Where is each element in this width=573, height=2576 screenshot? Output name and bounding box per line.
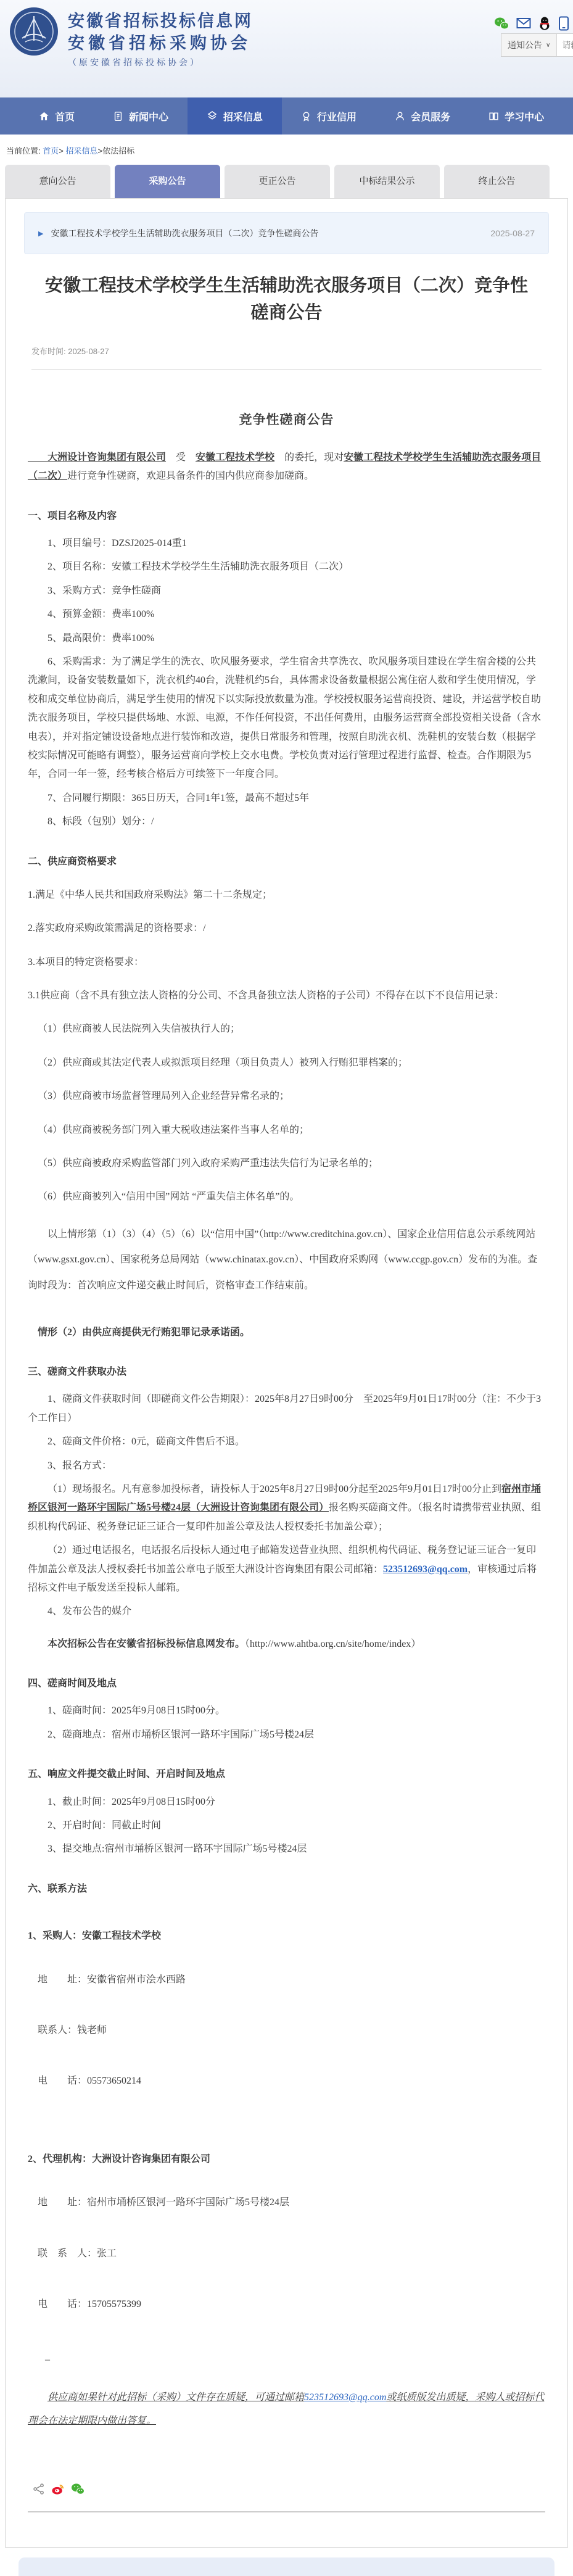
news-icon xyxy=(113,111,123,122)
site-title: 安徽省招标投标信息网 安徽省招标采购协会 （原安徽省招标投标协会） xyxy=(68,10,253,68)
tab-result-notice[interactable]: 中标结果公示 xyxy=(334,165,440,198)
notice-list-title: 安徽工程技术学校学生生活辅助洗衣服务项目（二次）竞争性磋商公告 xyxy=(51,227,490,239)
s1-item: 6、采购需求：为了满足学生的洗衣、吹风服务要求，学生宿舍共享洗衣、吹风服务项目建… xyxy=(28,653,545,784)
s1-item: 3、采购方式：竞争性磋商 xyxy=(28,582,545,600)
s3-registration-phone: （2）通过电话报名，电话报名后投标人通过电子邮箱发送营业执照、组织机构代码证、税… xyxy=(28,1541,545,1597)
wechat-icon[interactable] xyxy=(71,2483,85,2495)
notice-list-item[interactable]: ▶ 安徽工程技术学校学生生活辅助洗衣服务项目（二次）竞争性磋商公告 2025-0… xyxy=(24,212,549,254)
s1-item: 8、标段（包别）划分：/ xyxy=(28,813,545,831)
credit-icon xyxy=(301,111,311,122)
footer-band xyxy=(19,2557,554,2576)
s3-item: 3、报名方式： xyxy=(28,1457,545,1475)
breadcrumb-current: 依法招标 xyxy=(102,146,134,155)
intro-text: 受 xyxy=(166,452,196,463)
s2-para: （3）供应商被市场监督管理局列入企业经营异常名录的； xyxy=(28,1087,545,1106)
share-icon[interactable] xyxy=(33,2483,45,2495)
footnote-text: 供应商如果针对此招标（采购）文件存在质疑，可通过邮箱 xyxy=(47,2392,304,2403)
breadcrumb-home-link[interactable]: 首页 xyxy=(43,146,59,155)
intro-paragraph: 大洲设计咨询集团有限公司 受 安徽工程技术学校 的委托，现对安徽工程技术学校学生… xyxy=(28,449,545,486)
association-logo-icon xyxy=(9,6,59,57)
triangle-bullet-icon: ▶ xyxy=(38,230,43,238)
agency-email-link[interactable]: 523512693@qq.com xyxy=(383,1564,468,1575)
content-card: ▶ 安徽工程技术学校学生生活辅助洗衣服务项目（二次）竞争性磋商公告 2025-0… xyxy=(5,198,568,2548)
search-input[interactable] xyxy=(557,34,573,56)
s2-para: 3.本项目的特定资格要求： xyxy=(28,953,545,972)
bidding-icon xyxy=(207,110,218,122)
home-icon xyxy=(39,111,49,122)
s1-item: 2、项目名称：安徽工程技术学校学生生活辅助洗衣服务项目（二次） xyxy=(28,558,545,576)
publish-time: 发布时间: 2025-08-27 xyxy=(31,345,567,357)
nav-label: 新闻中心 xyxy=(129,109,168,123)
nav-item-credit[interactable]: 行业信用 xyxy=(282,97,376,135)
notice-tabs: 意向公告 采购公告 更正公告 中标结果公示 终止公告 xyxy=(0,165,573,198)
section-1-heading: 一、项目名称及内容 xyxy=(28,507,545,526)
tab-correction-notice[interactable]: 更正公告 xyxy=(225,165,330,198)
s2-para: （1）供应商被人民法院列入失信被执行人的； xyxy=(28,1020,545,1038)
section-6-heading: 六、联系方法 xyxy=(28,1880,545,1899)
s3-registration-onsite: （1）现场报名。凡有意参加投标者，请投标人于2025年8月27日9时00分起至2… xyxy=(28,1480,545,1536)
nav-label: 首页 xyxy=(55,109,75,123)
s3-media: 本次招标公告在安徽省招标投标信息网发布。（http://www.ahtba.or… xyxy=(28,1635,545,1654)
section-5-heading: 五、响应文件提交截止时间、开启时间及地点 xyxy=(28,1765,545,1784)
agent-phone: 电 话：15705575399 xyxy=(28,2295,545,2314)
s3-text: （1）现场报名。凡有意参加投标者，请投标人于2025年8月27日9时00分起至2… xyxy=(47,1484,501,1494)
s2-para: （6）供应商被列入“信用中国”网站 “严重失信主体名单”的。 xyxy=(28,1188,545,1206)
s2-para: 以上情形第（1）（3）（4）（5）（6）以“信用中国”（http://www.c… xyxy=(28,1222,545,1299)
buyer-contact: 联系人：钱老师 xyxy=(28,2021,545,2040)
org-name: 安徽省招标采购协会 xyxy=(68,32,253,54)
agent-address: 地 址：宿州市埇桥区银河一路环宇国际广场5号楼24层 xyxy=(28,2193,545,2212)
s2-para: （2）供应商或其法定代表人或拟派项目经理（项目负责人）被列入行贿犯罪档案的； xyxy=(28,1054,545,1072)
intro-text: 进行竞争性磋商，欢迎具备条件的国内供应商参加磋商。 xyxy=(67,471,314,481)
section-4-heading: 四、磋商时间及地点 xyxy=(28,1675,545,1693)
s1-item: 1、项目编号：DZSJ2025-014重1 xyxy=(28,534,545,553)
org-former-name: （原安徽省招标投标协会） xyxy=(68,56,253,68)
buyer-phone: 电 话：05573650214 xyxy=(28,2072,545,2090)
tab-procurement-notice[interactable]: 采购公告 xyxy=(115,165,220,198)
share-toolbar xyxy=(33,2483,545,2495)
breadcrumb: 当前位置: 首页> 招采信息>依法招标 xyxy=(0,135,573,165)
buyer-name: 安徽工程技术学校 xyxy=(196,452,274,463)
notice-list-date: 2025-08-27 xyxy=(490,228,535,238)
mail-icon[interactable] xyxy=(516,17,531,30)
s2-para: 1.满足《中华人民共和国政府采购法》第二十二条规定； xyxy=(28,886,545,905)
document-heading: 竞争性磋商公告 xyxy=(28,408,545,433)
s2-note: 情形（2）由供应商提供无行贿犯罪记录承诺函。 xyxy=(28,1323,545,1342)
nav-item-bidding[interactable]: 招采信息 xyxy=(188,97,282,135)
wechat-icon[interactable] xyxy=(494,17,509,30)
s2-para: （5）供应商被政府采购监管部门列入政府采购严重违法失信行为记录名单的； xyxy=(28,1154,545,1173)
s1-item: 4、预算金额：费率100% xyxy=(28,605,545,624)
agency-name: 大洲设计咨询集团有限公司 xyxy=(47,452,166,463)
s2-para: 2.落实政府采购政策需满足的资格要求：/ xyxy=(28,919,545,938)
s1-item: 7、合同履行期限：365日历天，合同1年1签，最高不超过5年 xyxy=(28,789,545,808)
site-name: 安徽省招标投标信息网 xyxy=(68,10,253,32)
search-bar: 通知公告 ∨ xyxy=(501,33,573,57)
dash-mark: – xyxy=(45,2351,545,2369)
breadcrumb-sep: > xyxy=(98,146,103,155)
breadcrumb-label: 当前位置: xyxy=(6,146,41,155)
section-3-heading: 三、磋商文件获取办法 xyxy=(28,1363,545,1381)
s3-item: 2、磋商文件价格：0元，磋商文件售后不退。 xyxy=(28,1433,545,1451)
nav-label: 行业信用 xyxy=(317,109,357,123)
weibo-icon[interactable] xyxy=(51,2483,65,2495)
footnote-email-link[interactable]: 523512693@qq.com xyxy=(304,2392,386,2403)
section-2-body: 1.满足《中华人民共和国政府采购法》第二十二条规定； 2.落实政府采购政策需满足… xyxy=(28,886,545,1342)
s1-item: 5、最高限价：费率100% xyxy=(28,629,545,648)
intro-text: 的委托，现对 xyxy=(274,452,344,463)
s3-media-url: （http://www.ahtba.org.cn/site/home/index… xyxy=(245,1639,421,1649)
breadcrumb-sep: > xyxy=(59,146,64,155)
mobile-icon[interactable] xyxy=(558,16,569,31)
divider xyxy=(28,2511,545,2512)
nav-item-news[interactable]: 新闻中心 xyxy=(94,97,188,135)
member-icon xyxy=(395,111,405,122)
objection-footnote: 供应商如果针对此招标（采购）文件存在质疑，可通过邮箱523512693@qq.c… xyxy=(28,2386,545,2433)
s4-item: 1、磋商时间：2025年9月08日15时00分。 xyxy=(28,1702,545,1720)
section-2-heading: 二、供应商资格要求 xyxy=(28,853,545,871)
buyer-title: 1、采购人：安徽工程技术学校 xyxy=(28,1927,545,1945)
agent-title: 2、代理机构：大洲设计咨询集团有限公司 xyxy=(28,2150,545,2169)
tab-intention-notice[interactable]: 意向公告 xyxy=(5,165,110,198)
search-category-label: 通知公告 xyxy=(508,39,542,51)
s2-para: （4）供应商被税务部门列入重大税收违法案件当事人名单的； xyxy=(28,1121,545,1140)
nav-item-home[interactable]: 首页 xyxy=(20,97,94,135)
s4-item: 2、磋商地点：宿州市埇桥区银河一路环宇国际广场5号楼24层 xyxy=(28,1726,545,1744)
site-logo xyxy=(9,6,59,60)
nav-item-member[interactable]: 会员服务 xyxy=(376,97,469,135)
nav-label: 会员服务 xyxy=(411,109,450,123)
breadcrumb-section-link[interactable]: 招采信息 xyxy=(65,146,97,155)
chevron-down-icon: ∨ xyxy=(546,42,550,49)
quick-links xyxy=(494,16,569,31)
s5-item: 2、开启时间：同截止时间 xyxy=(28,1816,545,1835)
search-category-select[interactable]: 通知公告 ∨ xyxy=(501,34,557,56)
contact-info: 1、采购人：安徽工程技术学校 地 址：安徽省宿州市浍水西路 联系人：钱老师 电 … xyxy=(28,1927,545,2314)
nav-label: 招采信息 xyxy=(223,109,263,123)
site-header: 安徽省招标投标信息网 安徽省招标采购协会 （原安徽省招标投标协会） xyxy=(0,0,573,97)
s5-item: 3、提交地点:宿州市埇桥区银河一路环宇国际广场5号楼24层 xyxy=(28,1840,545,1858)
agent-contact: 联 系 人：张工 xyxy=(28,2245,545,2263)
s3-item: 1、磋商文件获取时间（即磋商文件公告期限）：2025年8月27日9时00分 至2… xyxy=(28,1390,545,1428)
blank-underline xyxy=(28,452,47,463)
s5-item: 1、截止时间：2025年9月08日15时00分 xyxy=(28,1793,545,1812)
main-nav: 首页 新闻中心 招采信息 行业信用 会员服务 学习中心 xyxy=(0,97,573,135)
page-title: 安徽工程技术学校学生生活辅助洗衣服务项目（二次）竞争性磋商公告 xyxy=(39,273,534,326)
study-icon xyxy=(488,111,499,122)
announcement-document: 竞争性磋商公告 大洲设计咨询集团有限公司 受 安徽工程技术学校 的委托，现对安徽… xyxy=(6,370,567,2512)
qq-icon[interactable] xyxy=(538,16,551,31)
buyer-address: 地 址：安徽省宿州市浍水西路 xyxy=(28,1971,545,1989)
nav-item-study[interactable]: 学习中心 xyxy=(469,97,563,135)
s2-para: 3.1供应商（含不具有独立法人资格的分公司、不含具备独立法人资格的子公司）不得存… xyxy=(28,987,545,1005)
nav-label: 学习中心 xyxy=(505,109,544,123)
s3-media-bold: 本次招标公告在安徽省招标投标信息网发布。 xyxy=(47,1639,245,1649)
tab-termination-notice[interactable]: 终止公告 xyxy=(444,165,550,198)
s3-item: 4、发布公告的媒介 xyxy=(28,1602,545,1621)
